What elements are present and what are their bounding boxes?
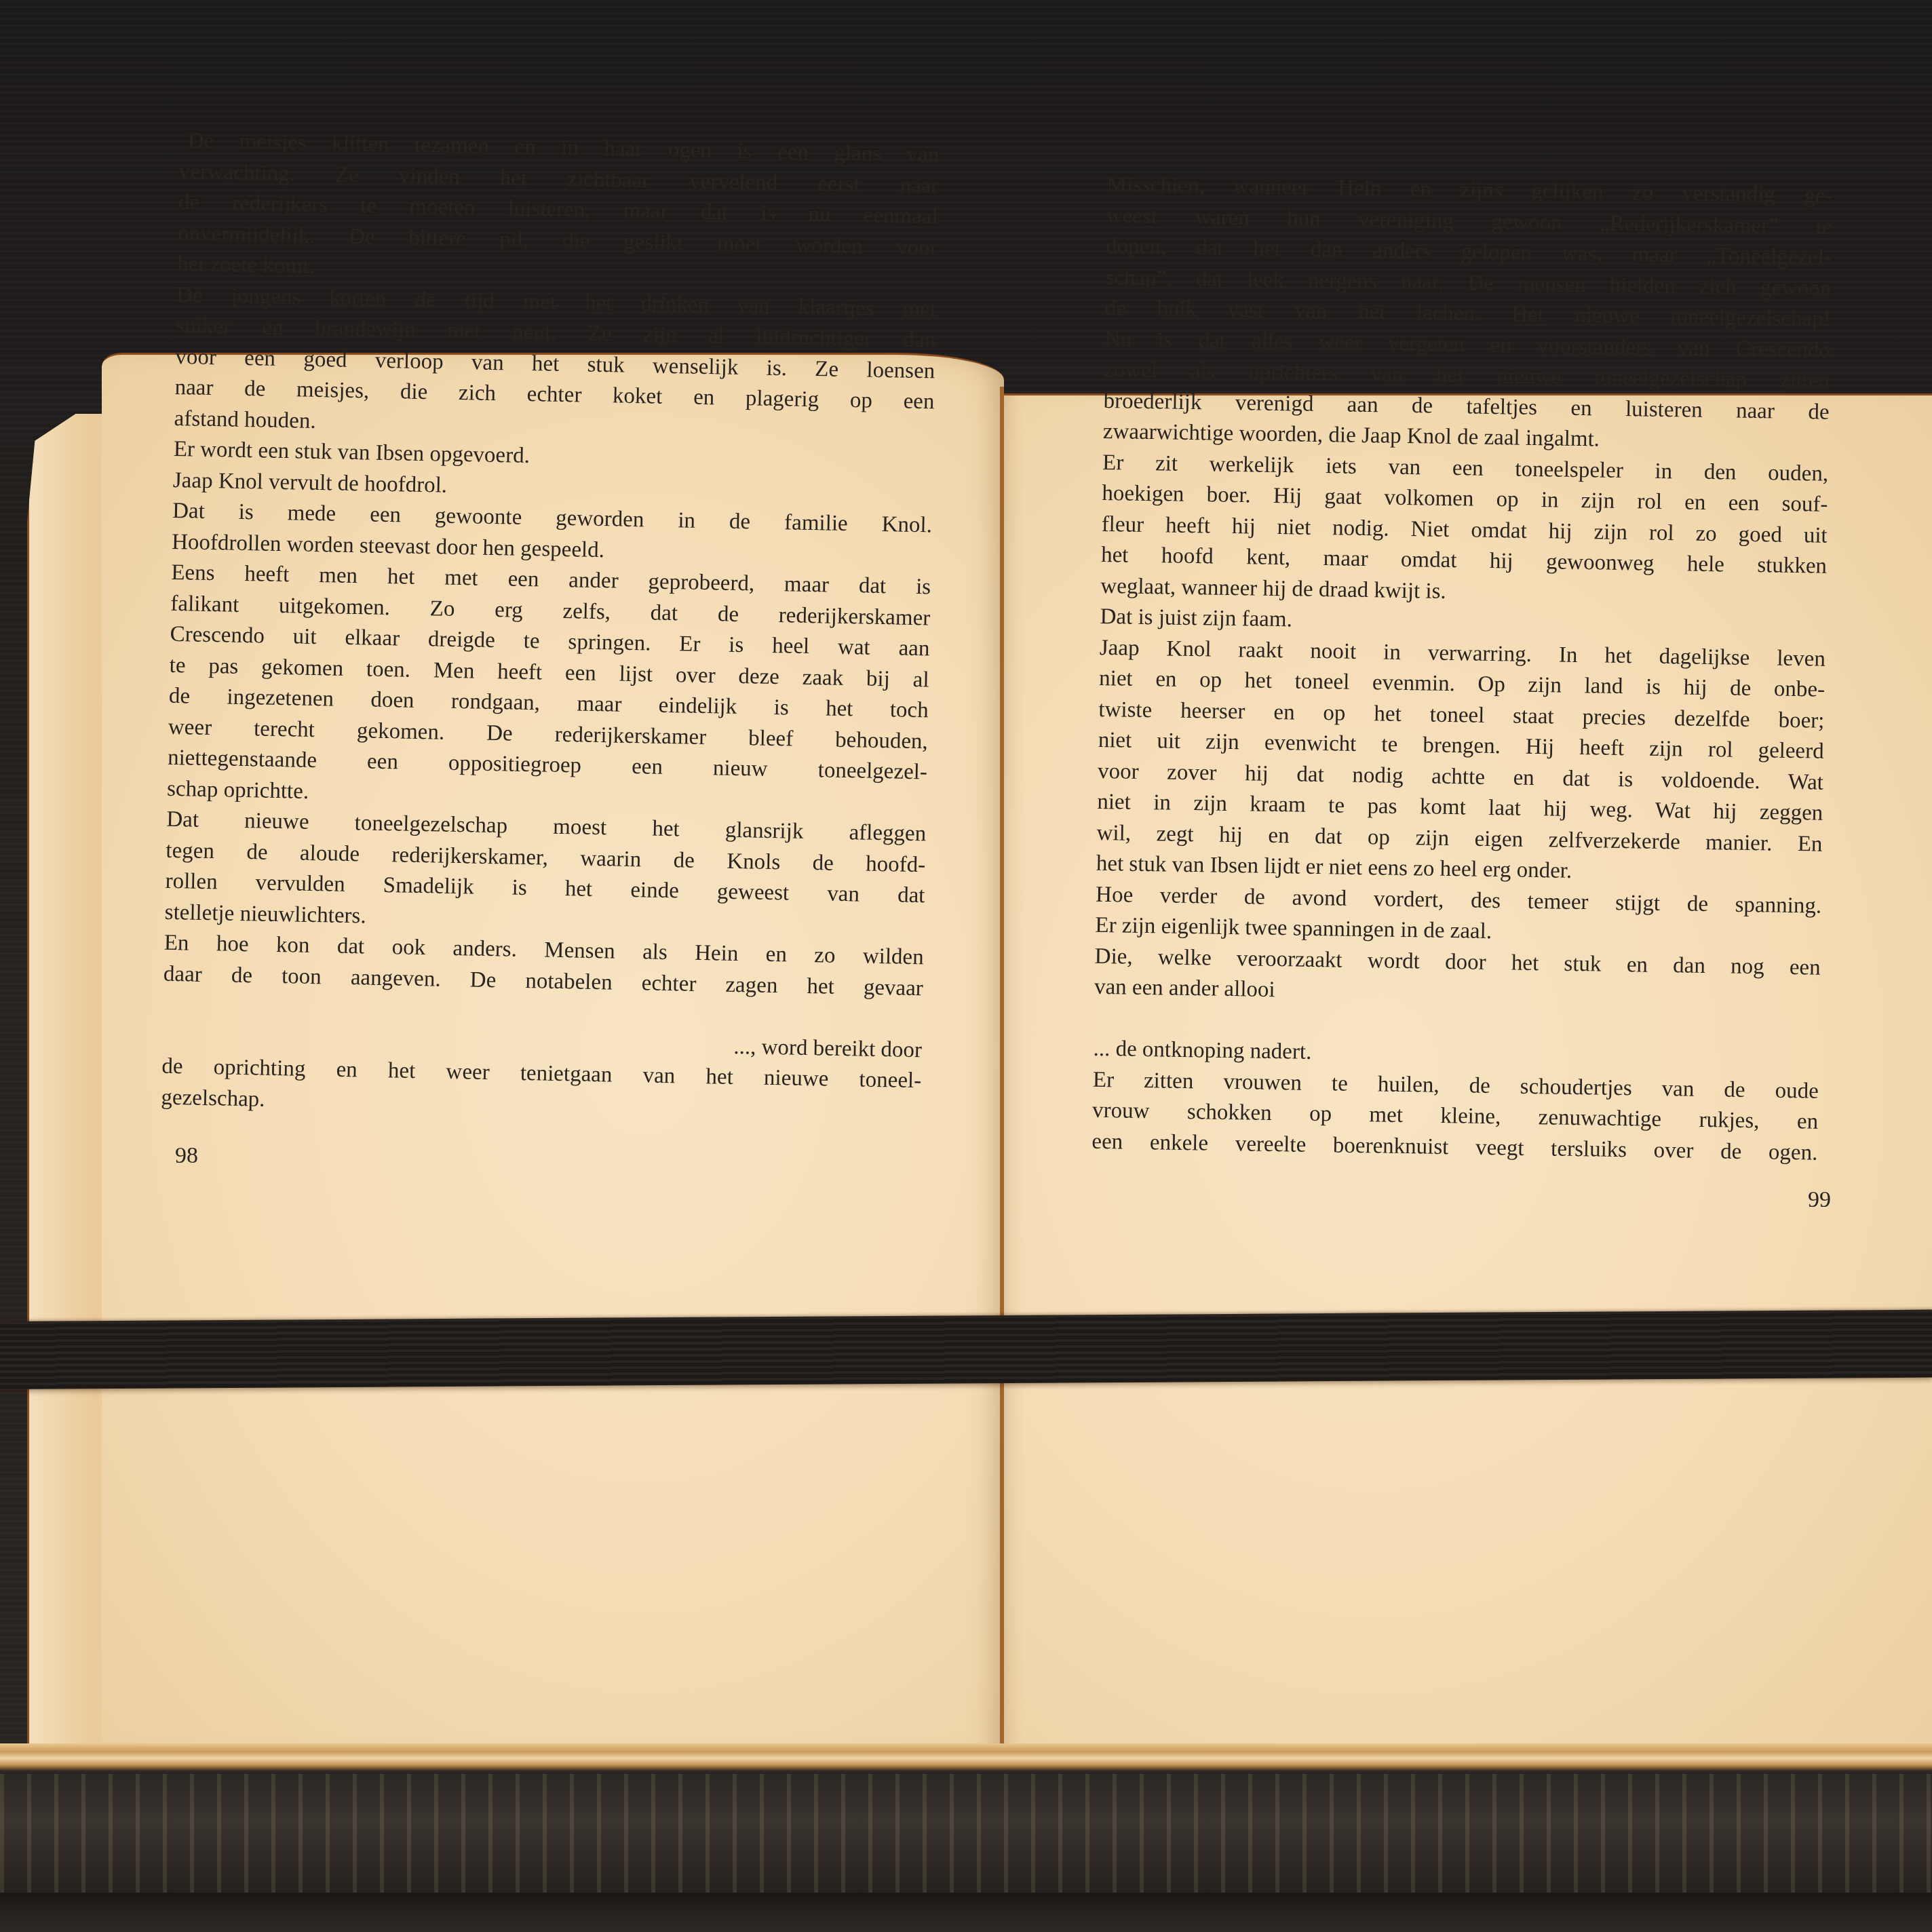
page-number-left: 98 [175, 1143, 198, 1169]
book-gutter [1000, 387, 1004, 1750]
table-edge [0, 1774, 1932, 1893]
left-page-text: De meisjes klitten tezamen en in haar og… [161, 125, 940, 1127]
page-number-right: 99 [1808, 1187, 1831, 1213]
page-bottom-edge [0, 1743, 1932, 1771]
table-plank [0, 1893, 1932, 1932]
right-page-text: Misschien, wanneer Hein en zijns gelijke… [1091, 170, 1833, 1169]
elastic-band[interactable] [0, 1310, 1932, 1389]
